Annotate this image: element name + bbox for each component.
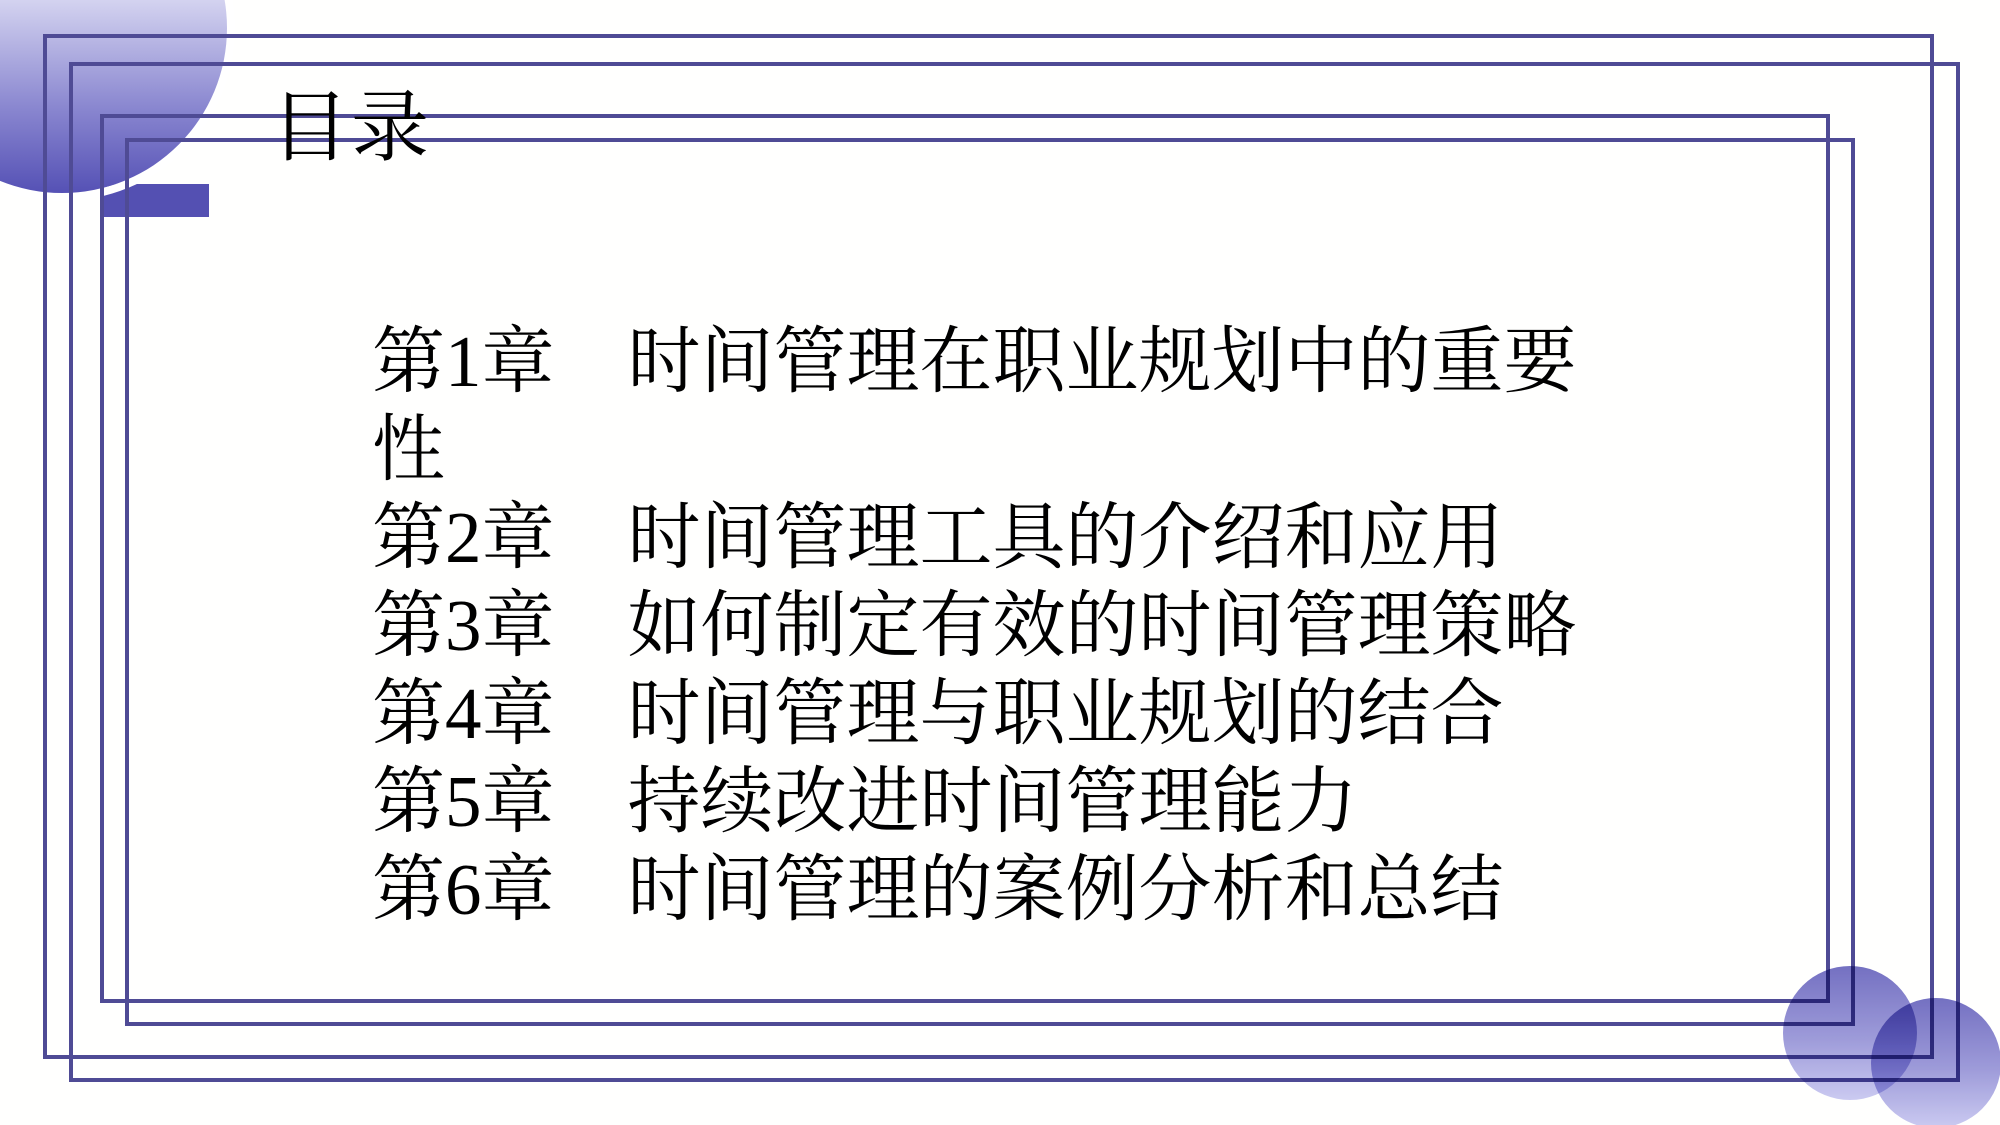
corner-ornament-circle-bottom-right-2	[1871, 998, 2000, 1125]
toc-line-chapter-4: 第4章 时间管理与职业规划的结合	[372, 670, 1577, 758]
toc-list: 第1章 时间管理在职业规划中的重要 性 第2章 时间管理工具的介绍和应用 第3章…	[372, 318, 1577, 934]
toc-line-chapter-1-wrap: 性	[372, 406, 1577, 494]
toc-line-chapter-1: 第1章 时间管理在职业规划中的重要	[372, 318, 1577, 406]
toc-line-chapter-3: 第3章 如何制定有效的时间管理策略	[372, 582, 1577, 670]
slide-canvas: 目录 第1章 时间管理在职业规划中的重要 性 第2章 时间管理工具的介绍和应用 …	[0, 0, 2000, 1125]
toc-line-chapter-6: 第6章 时间管理的案例分析和总结	[372, 846, 1577, 934]
toc-line-chapter-2: 第2章 时间管理工具的介绍和应用	[372, 494, 1577, 582]
slide-title: 目录	[271, 88, 431, 168]
toc-line-chapter-5: 第5章 持续改进时间管理能力	[372, 758, 1577, 846]
